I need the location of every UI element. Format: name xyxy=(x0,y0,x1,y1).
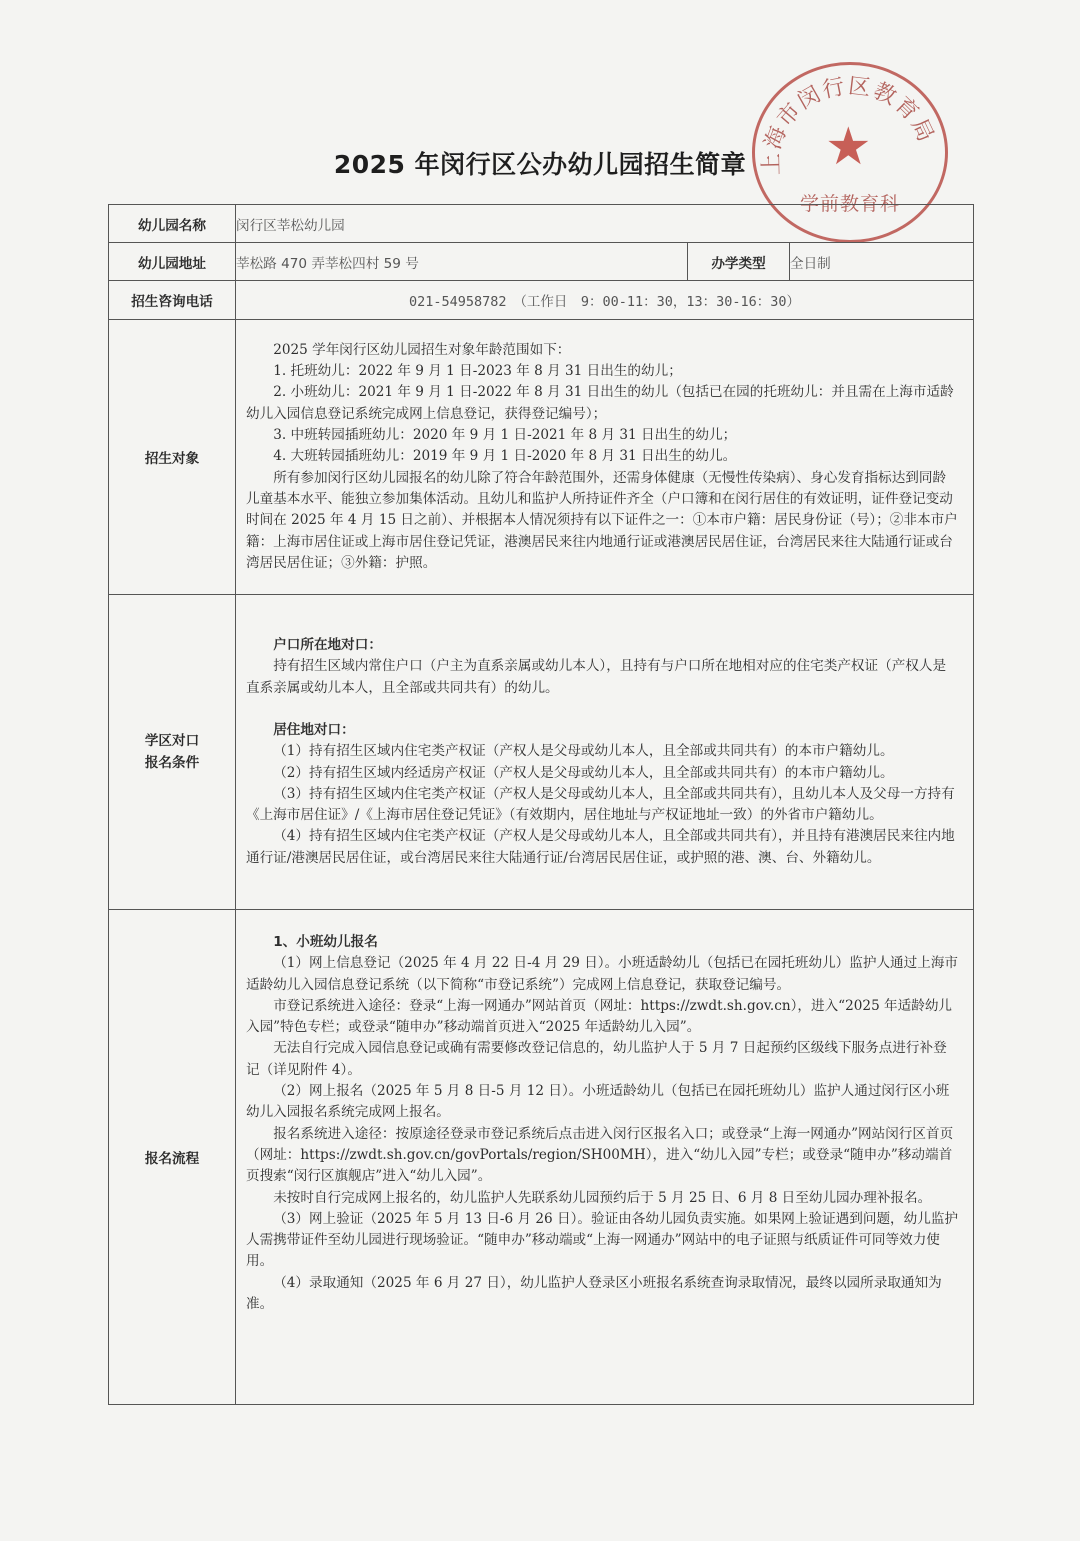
name-label: 幼儿园名称 xyxy=(109,205,236,243)
eligibility-content: 2025 学年闵行区幼儿园招生对象年龄范围如下： 1. 托班幼儿：2022 年 … xyxy=(236,320,974,595)
district-label: 学区对口 报名条件 xyxy=(109,595,236,910)
row-kindergarten-name: 幼儿园名称 闵行区莘松幼儿园 xyxy=(109,205,974,243)
process-paragraph: 未按时自行完成网上报名的，幼儿监护人先联系幼儿园预约后于 5 月 25 日、6 … xyxy=(246,1188,959,1209)
row-process: 报名流程 1、小班幼儿报名 （1）网上信息登记（2025 年 4 月 22 日-… xyxy=(109,910,974,1405)
eligibility-paragraph: 2025 学年闵行区幼儿园招生对象年龄范围如下： xyxy=(246,340,959,361)
process-paragraph: （4）录取通知（2025 年 6 月 27 日），幼儿监护人登录区小班报名系统查… xyxy=(246,1273,959,1316)
district-label-line1: 学区对口 xyxy=(109,730,235,752)
process-heading: 1、小班幼儿报名 xyxy=(246,932,959,953)
residence-item: （1）持有招生区域内住宅类产权证（产权人是父母或幼儿本人，且全部或共同共有）的本… xyxy=(246,741,959,762)
residence-item: （4）持有招生区域内住宅类产权证（产权人是父母或幼儿本人，且全部或共同共有），并… xyxy=(246,826,959,869)
residence-heading: 居住地对口： xyxy=(246,720,959,741)
row-address: 幼儿园地址 莘松路 470 弄莘松四村 59 号 办学类型 全日制 xyxy=(109,243,974,281)
eligibility-paragraph: 所有参加闵行区幼儿园报名的幼儿除了符合年龄范围外，还需身体健康（无慢性传染病）、… xyxy=(246,468,959,574)
phone-value: 021-54958782 （工作日 9：00-11：30，13：30-16：30… xyxy=(236,281,974,320)
hukou-text: 持有招生区域内常住户口（户主为直系亲属或幼儿本人），且持有与户口所在地相对应的住… xyxy=(246,656,959,699)
residence-item: （2）持有招生区域内经适房产权证（产权人是父母或幼儿本人，且全部或共同共有）的本… xyxy=(246,763,959,784)
name-value: 闵行区莘松幼儿园 xyxy=(236,205,974,243)
address-label: 幼儿园地址 xyxy=(109,243,236,281)
process-label: 报名流程 xyxy=(109,910,236,1405)
hukou-heading: 户口所在地对口： xyxy=(246,635,959,656)
type-label: 办学类型 xyxy=(688,243,790,281)
process-paragraph: 无法自行完成入园信息登记或确有需要修改登记信息的，幼儿监护人于 5 月 7 日起… xyxy=(246,1038,959,1081)
type-value: 全日制 xyxy=(790,243,974,281)
document-page: 2025 年闵行区公办幼儿园招生简章 上海市闵行区教育局 ★ 学前教育科 幼儿园… xyxy=(0,0,1080,1541)
process-content: 1、小班幼儿报名 （1）网上信息登记（2025 年 4 月 22 日-4 月 2… xyxy=(236,910,974,1405)
process-paragraph: （1）网上信息登记（2025 年 4 月 22 日-4 月 29 日）。小班适龄… xyxy=(246,953,959,996)
eligibility-paragraph: 3. 中班转园插班幼儿：2020 年 9 月 1 日-2021 年 8 月 31… xyxy=(246,425,959,446)
process-paragraph: 市登记系统进入途径：登录“上海一网通办”网站首页（网址：https://zwdt… xyxy=(246,996,959,1039)
eligibility-paragraph: 4. 大班转园插班幼儿：2019 年 9 月 1 日-2020 年 8 月 31… xyxy=(246,446,959,467)
process-paragraph: 报名系统进入途径：按原途径登录市登记系统后点击进入闵行区报名入口；或登录“上海一… xyxy=(246,1124,959,1188)
district-content: 户口所在地对口： 持有招生区域内常住户口（户主为直系亲属或幼儿本人），且持有与户… xyxy=(236,595,974,910)
address-value: 莘松路 470 弄莘松四村 59 号 xyxy=(236,243,688,281)
row-district-conditions: 学区对口 报名条件 户口所在地对口： 持有招生区域内常住户口（户主为直系亲属或幼… xyxy=(109,595,974,910)
eligibility-label: 招生对象 xyxy=(109,320,236,595)
enrollment-table: 幼儿园名称 闵行区莘松幼儿园 幼儿园地址 莘松路 470 弄莘松四村 59 号 … xyxy=(108,204,974,1405)
row-eligibility: 招生对象 2025 学年闵行区幼儿园招生对象年龄范围如下： 1. 托班幼儿：20… xyxy=(109,320,974,595)
star-icon: ★ xyxy=(825,121,872,173)
row-phone: 招生咨询电话 021-54958782 （工作日 9：00-11：30，13：3… xyxy=(109,281,974,320)
process-paragraph: （2）网上报名（2025 年 5 月 8 日-5 月 12 日）。小班适龄幼儿（… xyxy=(246,1081,959,1124)
phone-label: 招生咨询电话 xyxy=(109,281,236,320)
residence-item: （3）持有招生区域内住宅类产权证（产权人是父母或幼儿本人，且全部或共同共有），且… xyxy=(246,784,959,827)
district-label-line2: 报名条件 xyxy=(109,752,235,774)
process-paragraph: （3）网上验证（2025 年 5 月 13 日-6 月 26 日）。验证由各幼儿… xyxy=(246,1209,959,1273)
eligibility-paragraph: 1. 托班幼儿：2022 年 9 月 1 日-2023 年 8 月 31 日出生… xyxy=(246,361,959,382)
eligibility-paragraph: 2. 小班幼儿：2021 年 9 月 1 日-2022 年 8 月 31 日出生… xyxy=(246,382,959,425)
